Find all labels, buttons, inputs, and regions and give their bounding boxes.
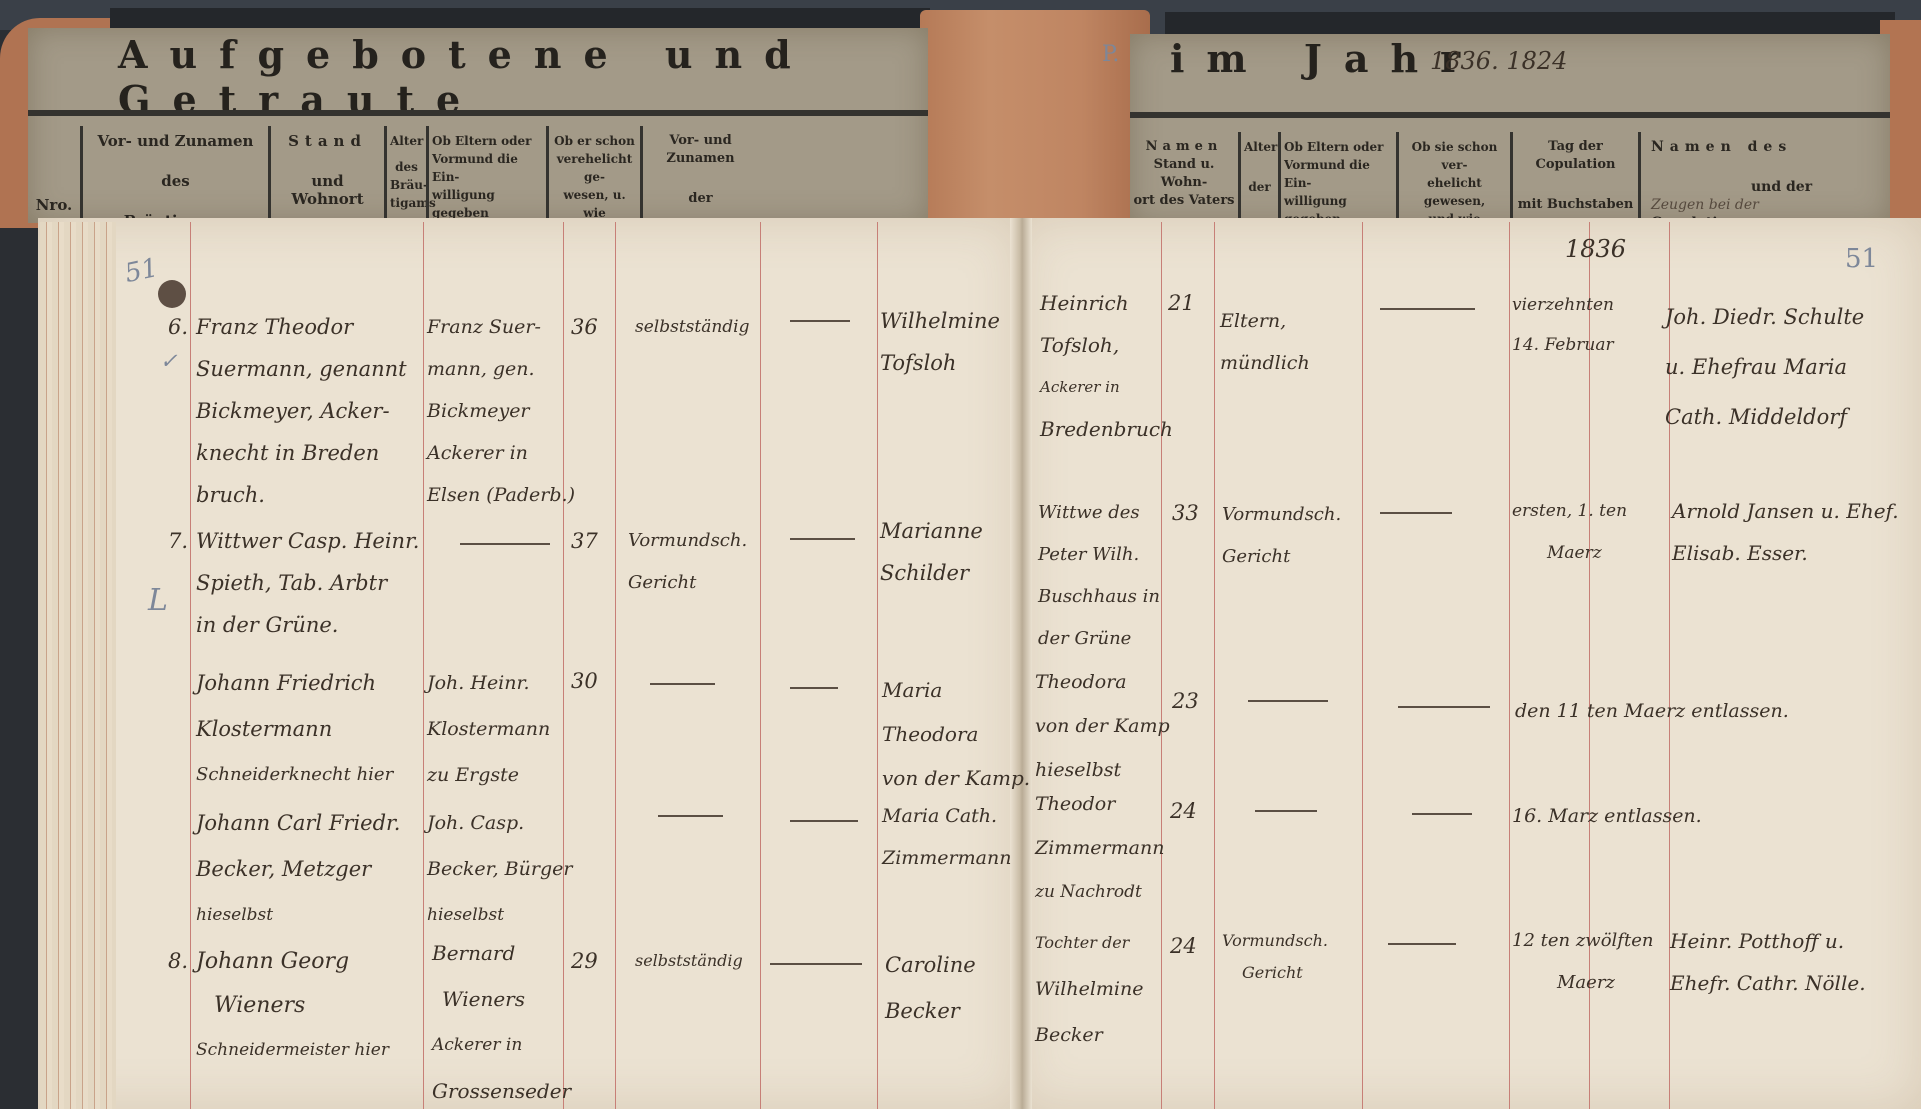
groom-age: 37 [571,520,598,562]
book-cover-cloth-right [1165,12,1895,34]
header-col-copulation-date: Tag der Copulation mit Buchstaben und Zi… [1510,132,1638,224]
bride-prev-married-dash [1388,943,1456,945]
header-col-groom-name: Vor- und Zunamen des Bräutigams. [80,126,268,223]
bride-father: Tochter derWilhelmineBecker [1035,920,1143,1058]
header-col-bride-consent: Ob Eltern oder Vormund die Ein- willigun… [1278,132,1396,224]
copulation-date: 16. Marz entlassen. [1512,795,1702,837]
groom-age: 36 [571,306,598,348]
header-rule [28,110,928,116]
groom-consent-dash [650,683,715,685]
year-annotation: 1836. 1824 [1430,40,1567,82]
groom-prev-married-dash [790,320,850,322]
groom-father: Franz Suer-mann, gen.BickmeyerAckerer in… [427,306,575,516]
bride-name: CarolineBecker [885,942,976,1034]
copulation-date: ersten, 1. tenMaerz [1512,490,1627,574]
bride-father: HeinrichTofsloh,Ackerer inBredenbruch [1040,282,1173,450]
column-rule [423,222,424,1109]
column-rule [1362,222,1363,1109]
groom-name: Wittwer Casp. Heinr.Spieth, Tab. Arbtrin… [196,520,419,646]
header-col-groom-prev-married: Ob er schon verehelicht ge- wesen, u. wi… [546,126,640,223]
bride-age: 33 [1172,492,1199,534]
header-title-left: Aufgebotene und Getraute [118,32,928,122]
bride-father: Wittwe desPeter Wilh.Buschhaus inder Grü… [1038,492,1160,660]
groom-consent: selbstständig [635,306,750,348]
groom-prev-married-dash [790,687,838,689]
groom-age: 30 [571,660,598,702]
bride-consent: Vormundsch.Gericht [1222,494,1341,578]
entry-number: 6. [168,306,188,348]
header-col-bride-name: Vor- und Zunamen der Braut. [640,126,758,223]
groom-father: BernardWienersAckerer inGrossenseder [432,930,571,1109]
ink-blot [158,280,186,308]
groom-prev-married-dash [790,820,858,822]
header-col-nro: Nro. [28,126,80,223]
bride-prev-married-dash [1380,308,1475,310]
pencil-mark-p: P. [1102,34,1119,76]
bride-name: MariaTheodoravon der Kamp. [882,668,1030,800]
bride-name: MarianneSchilder [880,510,983,594]
groom-name: Johann GeorgWienersSchneidermeister hier [196,940,389,1072]
bride-prev-married-dash [1380,512,1452,514]
header-col-groom-consent: Ob Eltern oder Vormund die Ein- willigun… [426,126,546,223]
header-rule [1130,112,1890,118]
printed-header-right: P. im Jahr 1836. 1824 Namen Stand u. Woh… [1130,34,1890,224]
bride-consent-dash [1248,700,1328,702]
bride-father: TheodorZimmermannzu Nachrodt [1035,782,1164,914]
bride-consent-dash [1255,810,1317,812]
column-rule [190,222,191,1109]
groom-prev-married-dash [770,963,862,965]
witnesses: Joh. Diedr. Schulteu. Ehefrau MariaCath.… [1665,292,1864,442]
page-stack-edges [40,222,116,1109]
header-col-bride-father: Namen Stand u. Wohn- ort des Vaters [1130,132,1238,224]
column-rule [1509,222,1510,1109]
year-heading: 1836 [1565,228,1626,270]
pencil-page-number-right: 51 [1845,238,1878,280]
header-col-father-status: Stand und Wohnort des Vaters. [268,126,384,223]
bride-father: Theodoravon der Kamphieselbst [1035,660,1170,792]
margin-letter-l: L [148,580,168,622]
book-cover-cloth-left [110,8,930,30]
bride-age: 24 [1170,925,1197,967]
groom-name: Johann FriedrichKlostermannSchneiderknec… [196,660,393,798]
groom-prev-married-dash [790,538,855,540]
bride-age: 24 [1170,790,1197,832]
column-rule [615,222,616,1109]
bride-age: 21 [1168,282,1195,324]
column-rule [760,222,761,1109]
column-rule [1214,222,1215,1109]
witnesses: Arnold Jansen u. Ehef.Elisab. Esser. [1672,490,1899,574]
copulation-date: vierzehnten14. Februar [1512,285,1614,365]
printed-header-left: Aufgebotene und Getraute Nro. Vor- und Z… [28,28,928,223]
groom-father: Joh. Casp.Becker, Bürgerhieselbst [427,800,572,938]
book-gutter [1010,218,1032,1109]
groom-father: Joh. Heinr.Klostermannzu Ergste [427,660,550,798]
column-rule [877,222,878,1109]
groom-consent: Vormundsch.Gericht [628,520,747,604]
bride-consent: Vormundsch.Gericht [1222,925,1328,989]
bride-prev-married-dash [1398,706,1490,708]
witnesses: Heinr. Potthoff u.Ehefr. Cathr. Nölle. [1670,920,1866,1004]
copulation-date: den 11 ten Maerz entlassen. [1515,690,1789,732]
header-col-bride-age: Alter der Braut [1238,132,1278,224]
bride-prev-married-dash [1412,813,1472,815]
bride-age: 23 [1172,680,1199,722]
groom-age: 29 [571,940,598,982]
groom-consent: selbstständig [635,940,743,982]
header-col-witnesses: Namen des und der Zeugen bei der Copulat… [1638,132,1890,224]
entry-number: 8. [168,940,188,982]
entry-number: 7. [168,520,188,562]
bride-consent: Eltern,mündlich [1220,300,1310,384]
groom-name: Johann Carl Friedr.Becker, Metzgerhiesel… [196,800,400,938]
header-col-groom-age: Alter des Bräu- tigams [384,126,426,223]
groom-name: Franz TheodorSuermann, genanntBickmeyer,… [196,306,407,516]
groom-consent-dash [658,815,723,817]
bride-name: WilhelmineTofsloh [880,300,1000,384]
copulation-date: 12 ten zwölftenMaerz [1512,920,1653,1004]
bride-name: Maria Cath.Zimmermann [882,795,1011,879]
header-col-bride-prev-married: Ob sie schon ver- ehelicht gewesen, und … [1396,132,1510,224]
groom-father-dash [460,543,550,545]
